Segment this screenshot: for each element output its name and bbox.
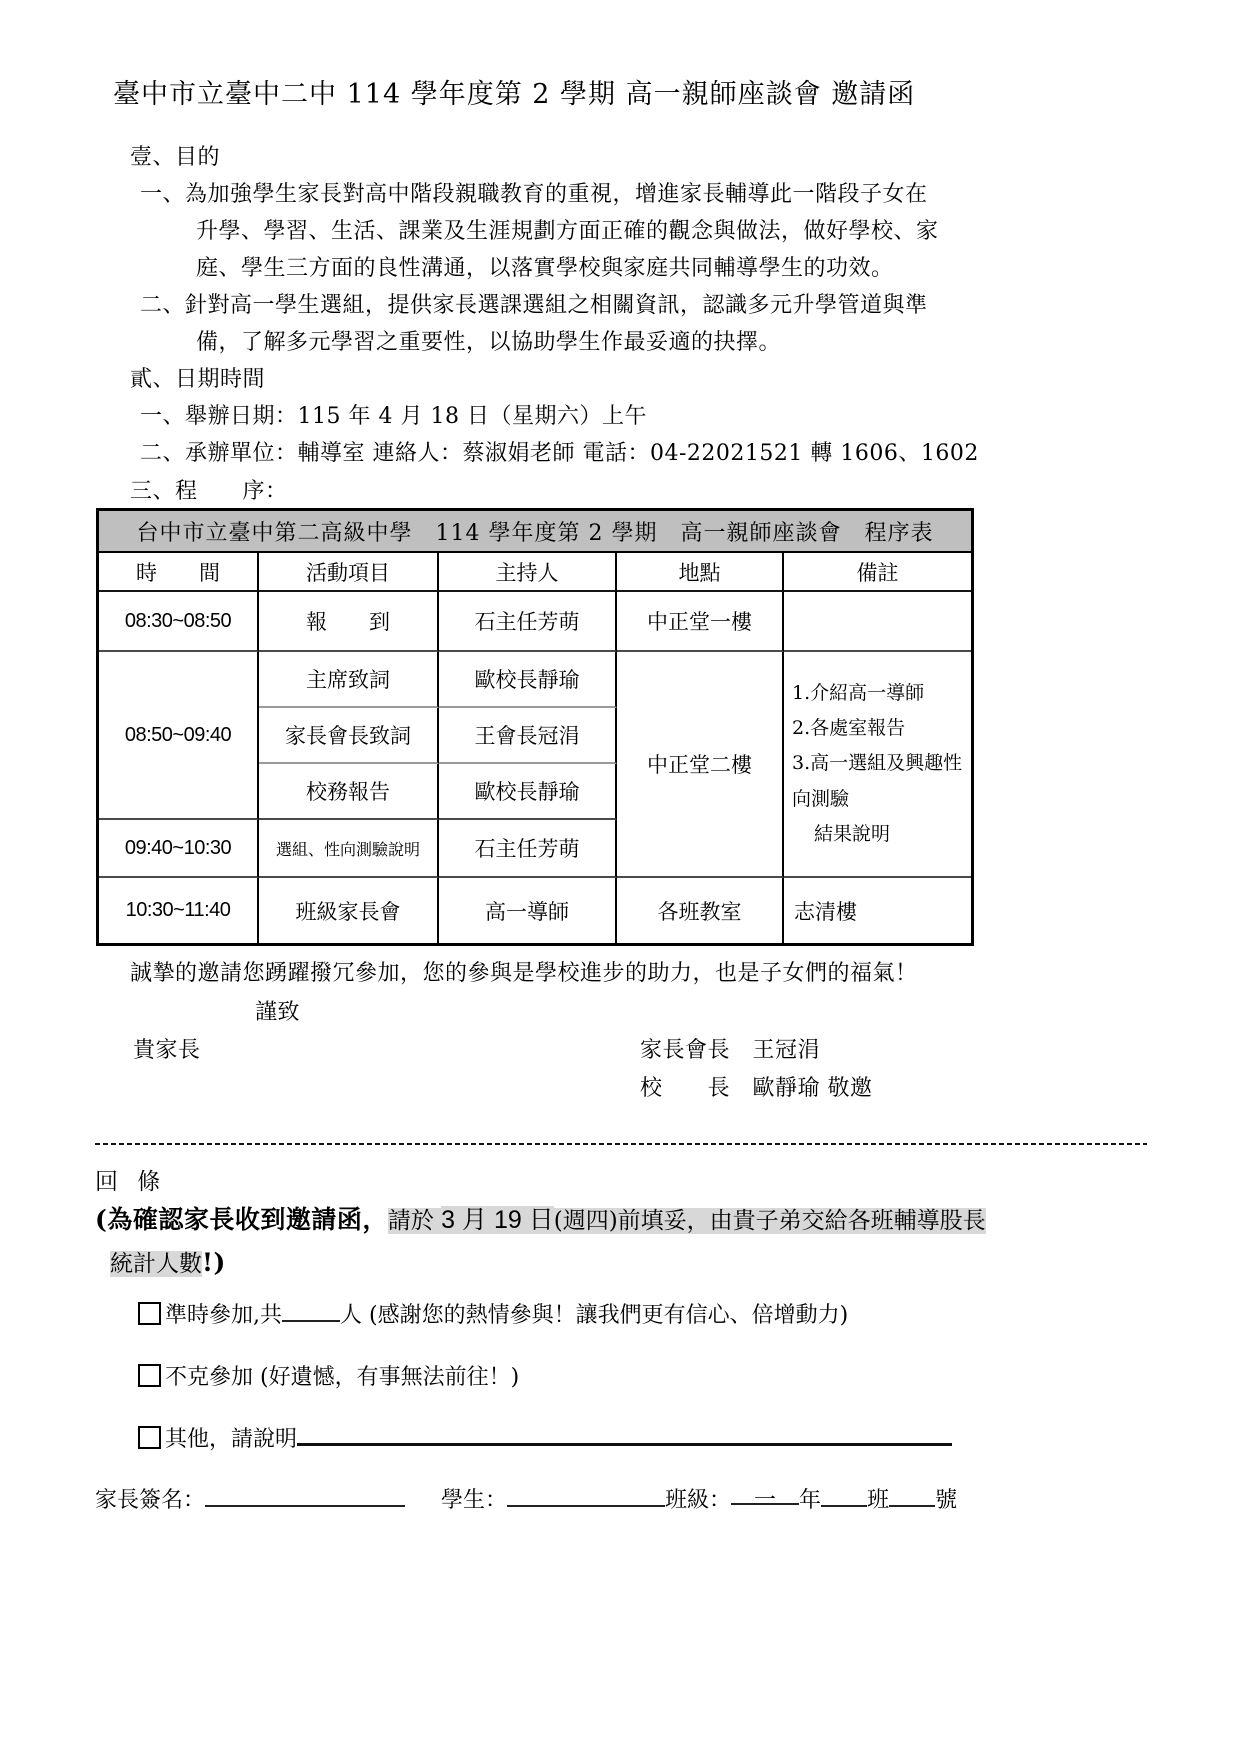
reply-note-highlight-c: 統計人數 [110, 1251, 202, 1277]
grade-blank: 一 [731, 1483, 799, 1505]
rowA-activity: 報 到 [259, 592, 439, 652]
col-header-host: 主持人 [439, 553, 617, 592]
reply-note-highlight-a: 請於 [388, 1208, 441, 1234]
col-header-activity: 活動項目 [259, 553, 439, 592]
reply-note-bold-open: (為確認家長收到邀請函， [95, 1205, 388, 1234]
rowB-sub0-host: 歐校長靜瑜 [439, 652, 617, 708]
note-line-3: 3.高一選組及興趣性向測驗 [792, 746, 971, 816]
cut-line [95, 1143, 1147, 1145]
col-header-note: 備註 [784, 553, 971, 592]
parent-signature-blank [205, 1485, 405, 1507]
decline-paren-text: (好遺憾，有事無法前往！) [260, 1365, 519, 1390]
rowB-sub2-activity: 校務報告 [259, 764, 439, 820]
other-explain-blank [297, 1423, 952, 1446]
class-label: 班級： [665, 1488, 731, 1513]
reply-note-line2: 統計人數!) [110, 1245, 226, 1278]
schedule-heading: 貳、日期時間 [130, 362, 265, 393]
dear-parents: 貴家長 [133, 1033, 201, 1064]
reply-note-line1: (為確認家長收到邀請函，請於 3 月 19 日(週四)前填妥，由貴子弟交給各班輔… [95, 1200, 986, 1236]
reply-note-bold-close: !) [202, 1248, 226, 1277]
option-other-row: 其他，請說明 [138, 1422, 952, 1453]
parent-signature-label: 家長簽名： [95, 1488, 205, 1513]
option-decline-row: 不克參加 (好遺憾，有事無法前往！) [138, 1360, 519, 1391]
rowD-host: 高一導師 [439, 878, 617, 943]
student-name-blank [507, 1485, 665, 1507]
rowB-sub2-host: 歐校長靜瑜 [439, 764, 617, 820]
agenda-label: 三、程 序： [130, 474, 288, 505]
reply-note-highlight-b: (週四)前填妥，由貴子弟交給各班輔導股長 [554, 1208, 986, 1234]
number-label: 號 [935, 1488, 957, 1513]
class-number-blank [821, 1485, 867, 1507]
rowB-sub1-host: 王會長冠涓 [439, 708, 617, 764]
attend-count-blank [282, 1300, 340, 1322]
agenda-table: 台中市立臺中第二高級中學 114 學年度第 2 學期 高一親師座談會 程序表 時… [96, 508, 974, 946]
rowB-sub1-activity: 家長會長致詞 [259, 708, 439, 764]
other-label: 其他，請說明 [165, 1427, 297, 1452]
merged-notes: 1.介紹高一導師 2.各處室報告 3.高一選組及興趣性向測驗 結果說明 [784, 652, 971, 878]
principal-line: 校 長 歐靜瑜 敬邀 [640, 1071, 873, 1102]
attend-label-post: 人 [340, 1303, 362, 1328]
reply-slip-heading: 回 條 [95, 1163, 166, 1196]
col-header-location: 地點 [617, 553, 784, 592]
note-line-4: 結果說明 [792, 817, 890, 852]
rowA-note [784, 592, 971, 652]
col-header-time: 時 間 [99, 553, 259, 592]
agenda-table-title: 台中市立臺中第二高級中學 114 學年度第 2 學期 高一親師座談會 程序表 [99, 511, 971, 553]
purpose-item2-line2: 備，了解多元學習之重要性，以協助學生作最妥適的抉擇。 [196, 325, 781, 356]
purpose-item1-line1: 一、為加強學生家長對高中階段親職教育的重視，增進家長輔導此一階段子女在 [140, 177, 928, 208]
student-label: 學生： [441, 1488, 507, 1513]
schedule-organizer-line: 二、承辦單位：輔導室 連絡人：蔡淑娟老師 電話：04-22021521 轉 16… [140, 436, 979, 467]
rowA-host: 石主任芳萌 [439, 592, 617, 652]
page-title: 臺中市立臺中二中 114 學年度第 2 學期 高一親師座談會 邀請函 [113, 72, 915, 111]
note-line-1: 1.介紹高一導師 [792, 676, 924, 711]
rowD-location: 各班教室 [617, 878, 784, 943]
attend-paren-text: (感謝您的熱情參與！讓我們更有信心、倍增動力) [369, 1303, 848, 1328]
respectfully: 謹致 [255, 995, 300, 1026]
decline-label: 不克參加 [165, 1365, 253, 1390]
rowC-time: 09:40~10:30 [99, 820, 259, 878]
decline-checkbox[interactable] [138, 1364, 161, 1387]
note-line-2: 2.各處室報告 [792, 711, 905, 746]
rowC-host: 石主任芳萌 [439, 820, 617, 878]
purpose-item1-line2: 升學、學習、生活、課業及生涯規劃方面正確的觀念與做法，做好學校、家 [196, 214, 939, 245]
seat-number-blank [889, 1485, 935, 1507]
merged-location: 中正堂二樓 [617, 652, 784, 878]
signature-row: 家長簽名：學生：班級：一年班號 [95, 1483, 957, 1514]
rowC-activity: 選組、性向測驗說明 [259, 820, 439, 878]
chairman-line: 家長會長 王冠涓 [640, 1033, 820, 1064]
reply-note-date: 3 月 19 日 [441, 1206, 554, 1234]
class-suffix-label: 班 [867, 1488, 889, 1513]
purpose-item2-line1: 二、針對高一學生選組，提供家長選課選組之相關資訊，認識多元升學管道與準 [140, 288, 928, 319]
rowA-time: 08:30~08:50 [99, 592, 259, 652]
purpose-heading: 壹、目的 [130, 140, 220, 171]
invitation-document: 臺中市立臺中二中 114 學年度第 2 學期 高一親師座談會 邀請函 壹、目的 … [0, 0, 1241, 1755]
invite-line: 誠摯的邀請您踴躍撥冗參加，您的參與是學校進步的助力，也是子女們的福氣！ [130, 956, 918, 987]
rowD-activity: 班級家長會 [259, 878, 439, 943]
rowA-location: 中正堂一樓 [617, 592, 784, 652]
schedule-date-line: 一、舉辦日期：115 年 4 月 18 日（星期六）上午 [140, 399, 647, 430]
rowB-sub0-activity: 主席致詞 [259, 652, 439, 708]
year-label: 年 [799, 1488, 821, 1513]
rowB-time: 08:50~09:40 [99, 652, 259, 820]
rowD-time: 10:30~11:40 [99, 878, 259, 943]
rowD-note: 志清樓 [784, 878, 971, 943]
other-checkbox[interactable] [138, 1426, 161, 1449]
option-attend-row: 準時參加,共人 (感謝您的熱情參與！讓我們更有信心、倍增動力) [138, 1298, 848, 1329]
purpose-item1-line3: 庭、學生三方面的良性溝通，以落實學校與家庭共同輔導學生的功效。 [196, 251, 894, 282]
attend-label: 準時參加,共 [165, 1303, 282, 1328]
attend-checkbox[interactable] [138, 1302, 161, 1325]
